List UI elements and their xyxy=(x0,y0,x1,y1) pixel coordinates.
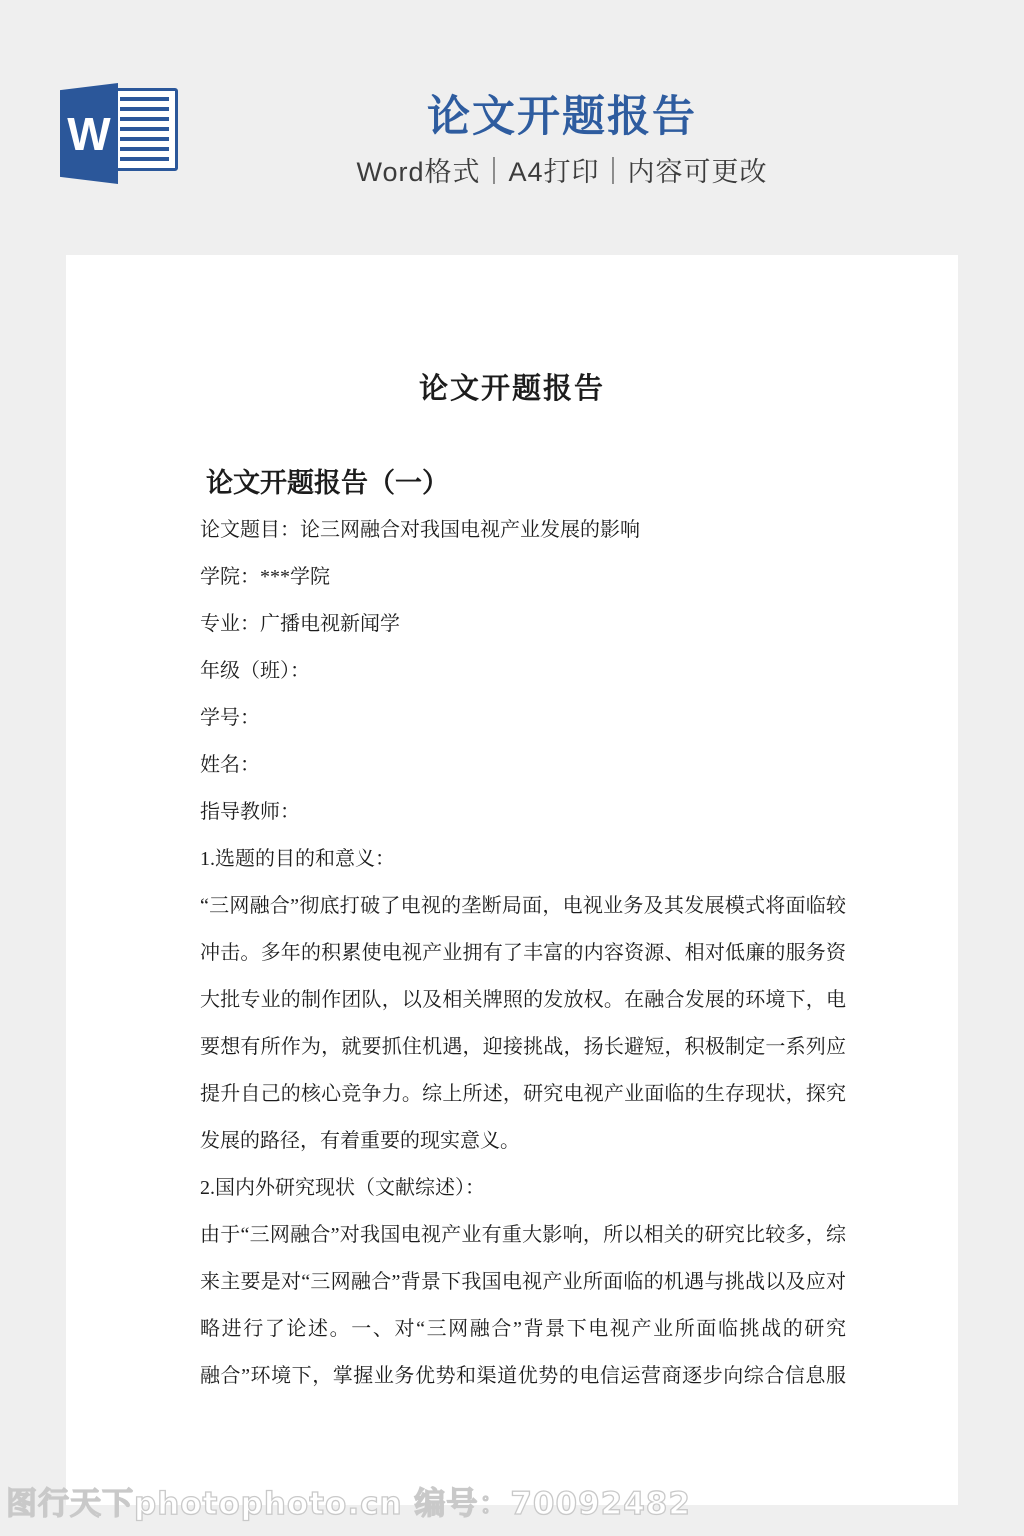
text-line: 冲击。多年的积累使电视产业拥有了丰富的内容资源、相对低廉的服务资源、一 xyxy=(200,930,846,977)
document-section-heading: 论文开题报告（一） xyxy=(66,460,958,507)
text-line: 略进行了论述。一、对“三网融合”背景下电视产业所面临挑战的研究在“三网 xyxy=(200,1306,846,1353)
page-title: 论文开题报告 xyxy=(110,92,1014,144)
header-text-block: 论文开题报告 Word格式｜A4打印｜内容可更改 xyxy=(110,0,1014,189)
text-line: 论文题目：论三网融合对我国电视产业发展的影响 xyxy=(200,507,846,554)
page-subtitle: Word格式｜A4打印｜内容可更改 xyxy=(110,150,1014,189)
text-line: 姓名： xyxy=(200,742,846,789)
text-line: 由于“三网融合”对我国电视产业有重大影响，所以相关的研究比较多，综合起 xyxy=(200,1212,846,1259)
text-line: 学院：***学院 xyxy=(200,554,846,601)
word-icon-letter: W xyxy=(67,111,110,157)
document-page: 论文开题报告 论文开题报告（一） 论文题目：论三网融合对我国电视产业发展的影响学… xyxy=(66,366,958,1400)
document-body: 论文题目：论三网融合对我国电视产业发展的影响学院：***学院专业：广播电视新闻学… xyxy=(66,507,958,1400)
page-header: W 论文开题报告 Word格式｜A4打印｜内容可更改 xyxy=(0,0,1024,230)
document-card: 论文开题报告 论文开题报告（一） 论文题目：论三网融合对我国电视产业发展的影响学… xyxy=(66,255,958,1505)
text-line: 提升自己的核心竞争力。综上所述，研究电视产业面临的生存现状，探究其寻求 xyxy=(200,1071,846,1118)
text-line: 1.选题的目的和意义： xyxy=(200,836,846,883)
text-line: 学号： xyxy=(200,695,846,742)
text-line: 指导教师： xyxy=(200,789,846,836)
page: { "header": { "title": "论文开题报告", "subtit… xyxy=(0,0,1024,1536)
text-line: 发展的路径，有着重要的现实意义。 xyxy=(200,1118,846,1165)
watermark-text: 图行天下photophoto.cn 编号：70092482 xyxy=(6,1478,691,1523)
text-line: 2.国内外研究现状（文献综述）： xyxy=(200,1165,846,1212)
text-line: 大批专业的制作团队，以及相关牌照的发放权。在融合发展的环境下，电视媒体 xyxy=(200,977,846,1024)
text-line: 年级（班）： xyxy=(200,648,846,695)
text-line: 要想有所作为，就要抓住机遇，迎接挑战，扬长避短，积极制定一系列应对政策， xyxy=(200,1024,846,1071)
document-title: 论文开题报告 xyxy=(66,366,958,413)
text-line: “三网融合”彻底打破了电视的垄断局面，电视业务及其发展模式将面临较大的 xyxy=(200,883,846,930)
text-line: 融合”环境下，掌握业务优势和渠道优势的电信运营商逐步向综合信息服务提供 xyxy=(200,1353,846,1400)
text-line: 专业：广播电视新闻学 xyxy=(200,601,846,648)
text-line: 来主要是对“三网融合”背景下我国电视产业所面临的机遇与挑战以及应对策 xyxy=(200,1259,846,1306)
